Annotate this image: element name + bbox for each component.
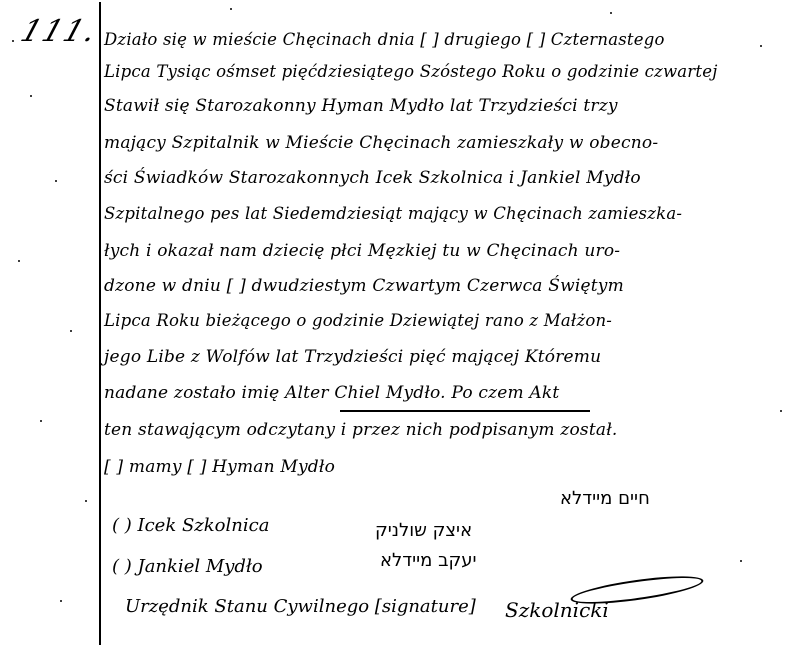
hebrew-signature-jankiel: יעקב מיידלא (380, 550, 477, 571)
record-line: Lipca Roku bieżącego o godzinie Dziewiąt… (104, 311, 612, 330)
hebrew-signature-icek: איצק שולניק (375, 520, 472, 541)
entry-number: 111. (16, 14, 102, 49)
witness-line-icek: ( ) Icek Szkolnica (112, 515, 269, 536)
official-signature: Szkolnicki (505, 598, 609, 622)
official-line: Urzędnik Stanu Cywilnego [signature] (125, 596, 476, 617)
record-line: ten stawającym odczytany i przez nich po… (104, 420, 618, 440)
record-line: Stawił się Starozakonny Hyman Mydło lat … (104, 96, 618, 116)
document-page: 111. Działo się w mieście Chęcinach dnia… (0, 0, 800, 645)
hebrew-signature-hyman: חיים מיידלא (560, 488, 650, 509)
record-line: [ ] mamy [ ] Hyman Mydło (104, 457, 335, 477)
record-line: dzone w dniu [ ] dwudziestym Czwartym Cz… (104, 276, 624, 296)
margin-rule (99, 2, 101, 645)
record-line: Działo się w mieście Chęcinach dnia [ ] … (104, 30, 665, 49)
witness-line-jankiel: ( ) Jankiel Mydło (112, 556, 263, 577)
record-line: jego Libe z Wolfów lat Trzydzieści pięć … (104, 347, 601, 367)
record-line: łych i okazał nam dziecię płci Męzkiej t… (104, 241, 620, 261)
record-line: nadane zostało imię Alter Chiel Mydło. P… (104, 383, 559, 403)
name-underline (340, 410, 590, 412)
record-line: Szpitalnego pes lat Siedemdziesiąt mając… (104, 204, 682, 223)
record-line: Lipca Tysiąc ośmset pięćdziesiątego Szós… (104, 62, 718, 81)
record-line: ści Świadków Starozakonnych Icek Szkolni… (104, 168, 641, 188)
record-line: mający Szpitalnik w Mieście Chęcinach za… (104, 133, 658, 153)
